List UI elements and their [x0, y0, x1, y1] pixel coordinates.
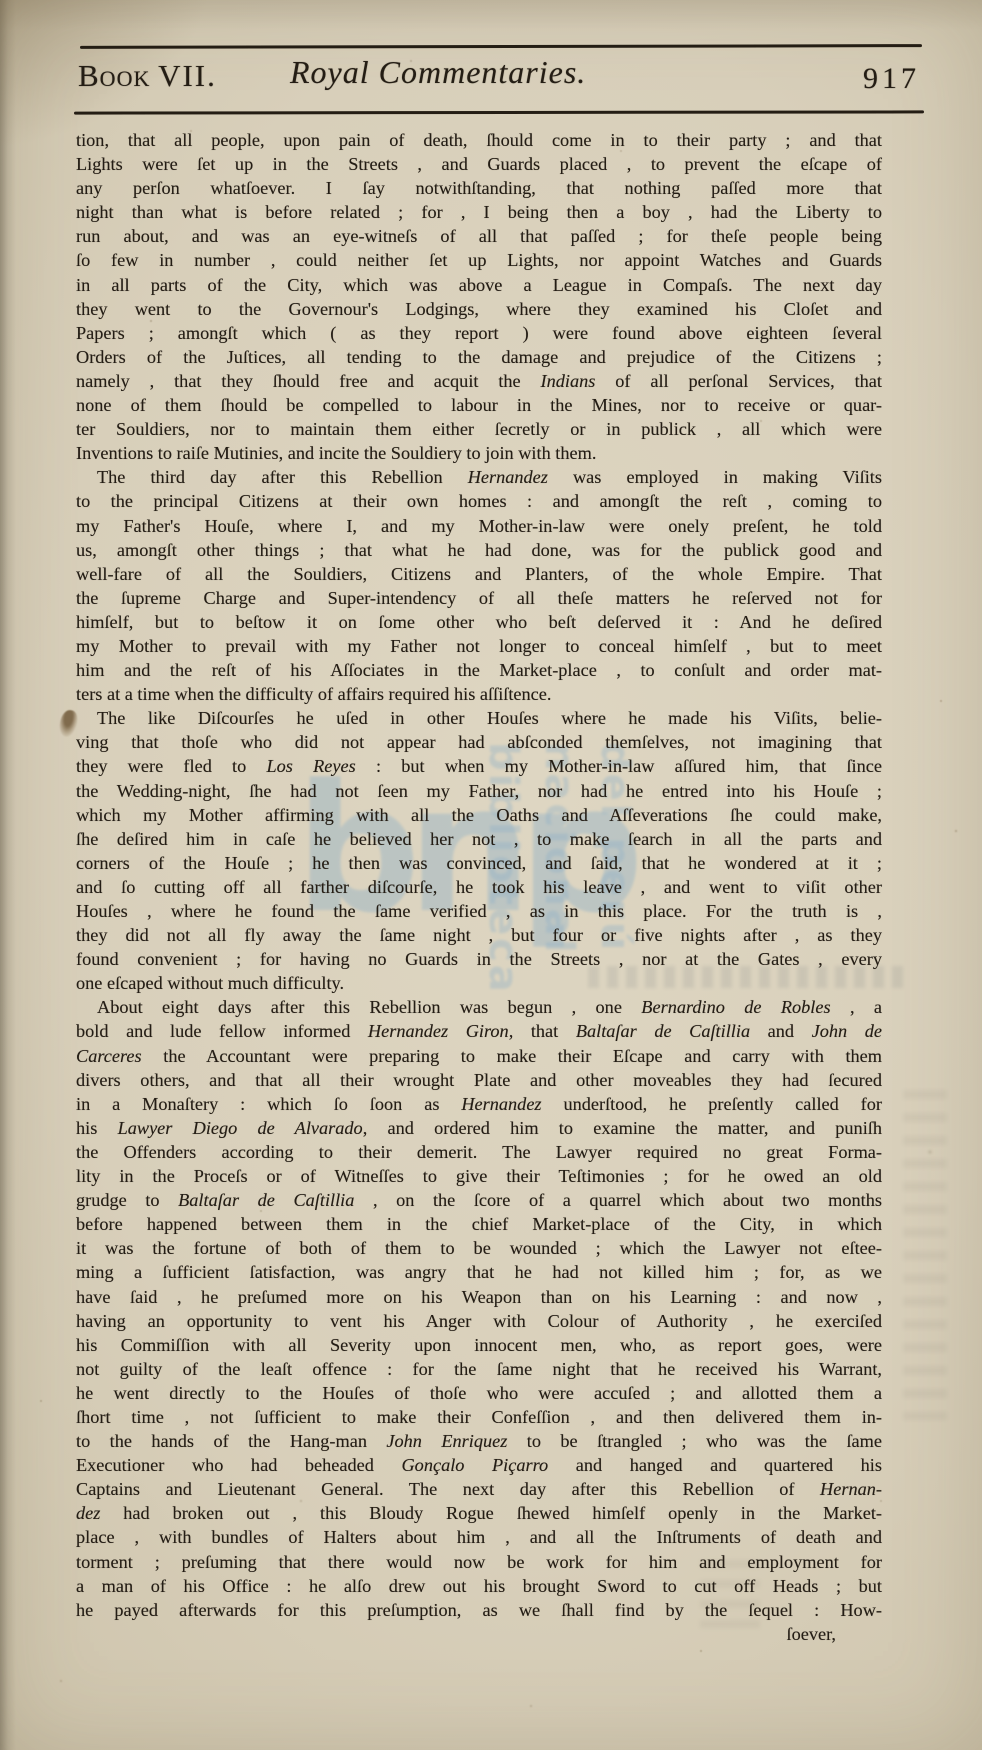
text-line: bold and lude fellow informed Hernandez … [76, 1019, 882, 1043]
paper-speckles [0, 0, 2, 2]
text-line: which my Mother affirming with all the O… [76, 803, 882, 827]
text-line: About eight days after this Rebellion wa… [76, 995, 882, 1019]
text-line: ſhort time , not ſufficient to make thei… [76, 1405, 882, 1429]
body-text: tion, that all people, upon pain of deat… [76, 128, 882, 1646]
text-line: and ſo cutting off all farther diſcourſe… [76, 875, 882, 899]
text-line: himſelf, but to beſtow it on ſome other … [76, 610, 882, 634]
text-line: Orders of the Juſtices, all tending to t… [76, 345, 882, 369]
text-line: the Wedding-night, ſhe had not ſeen my F… [76, 779, 882, 803]
bleedthrough-smudge [903, 1090, 947, 1420]
text-line: corners of the Houſe ; he then was convi… [76, 851, 882, 875]
book-page: Book VII. Royal Commentaries. 917 bnp bi… [0, 0, 982, 1750]
text-line: have ſaid , he preſumed more on his Weap… [76, 1285, 882, 1309]
text-line: ſo few in number , could neither ſet up … [76, 248, 882, 272]
text-line: any perſon whatſoever. I ſay notwithſtan… [76, 176, 882, 200]
header-rule-top [80, 44, 922, 49]
text-line: one eſcaped without much difficulty. [76, 971, 882, 995]
text-line: Executioner who had beheaded Gonçalo Piç… [76, 1453, 882, 1477]
text-line: before happened between them in the chie… [76, 1212, 882, 1236]
text-line: a man of his Office : he alſo drew out h… [76, 1574, 882, 1598]
text-line: in a Monaſtery : which ſo ſoon as Hernan… [76, 1092, 882, 1116]
text-line: to the principal Citizens at their own h… [76, 489, 882, 513]
text-line: they did not all fly away the ſame night… [76, 923, 882, 947]
text-line: he payed afterwards for this preſumption… [76, 1598, 882, 1622]
text-line: lity in the Proceſs or of Witneſſes to g… [76, 1164, 882, 1188]
text-line: they were fled to Los Reyes : but when m… [76, 754, 882, 778]
text-line: him and the reſt of his Aſſociates in th… [76, 658, 882, 682]
text-line: divers others, and that all their wrough… [76, 1068, 882, 1092]
page-number: 917 [863, 62, 920, 96]
text-line: his Commiſſion with all Severity upon in… [76, 1333, 882, 1357]
text-line: tion, that all people, upon pain of deat… [76, 128, 882, 152]
text-line: it was the fortune of both of them to be… [76, 1236, 882, 1260]
text-line: the ſupreme Charge and Super-intendency … [76, 586, 882, 610]
catchword: ſoever, [76, 1622, 882, 1646]
text-line: he went directly to the Houſes of thoſe … [76, 1381, 882, 1405]
page-header: Book VII. Royal Commentaries. 917 [78, 52, 922, 110]
text-line: to the hands of the Hang-man John Enriqu… [76, 1429, 882, 1453]
text-line: torment ; preſuming that there would now… [76, 1550, 882, 1574]
text-line: Captains and Lieutenant General. The nex… [76, 1477, 882, 1501]
text-line: Carceres the Accountant were preparing t… [76, 1044, 882, 1068]
text-line: Papers ; amongſt which ( as they report … [76, 321, 882, 345]
text-line: namely , that they ſhould free and acqui… [76, 369, 882, 393]
text-line: Lights were ſet up in the Streets , and … [76, 152, 882, 176]
text-line: my Father's Houſe, where I, and my Mothe… [76, 514, 882, 538]
text-line: found convenient ; for having no Guards … [76, 947, 882, 971]
text-line: grudge to Baltaſar de Caſtillia , on the… [76, 1188, 882, 1212]
text-line: Houſes , where he found the ſame verifie… [76, 899, 882, 923]
text-line: having an opportunity to vent his Anger … [76, 1309, 882, 1333]
text-line: place , with bundles of Halters about hi… [76, 1525, 882, 1549]
text-line: dez had broken out , this Bloudy Rogue ſ… [76, 1501, 882, 1525]
text-line: the Offenders according to their demerit… [76, 1140, 882, 1164]
text-line: they went to the Governour's Lodgings, w… [76, 297, 882, 321]
text-line: The third day after this Rebellion Herna… [76, 465, 882, 489]
book-volume: VII. [158, 58, 217, 93]
text-line: his Lawyer Diego de Alvarado, and ordere… [76, 1116, 882, 1140]
text-line: ming a ſufficient ſatisfaction, was angr… [76, 1260, 882, 1284]
text-line: not guilty of the leaſt offence : for th… [76, 1357, 882, 1381]
running-title: Royal Commentaries. [290, 54, 586, 91]
text-line: my Mother to prevail with my Father not … [76, 634, 882, 658]
text-line: night than what is before related ; for … [76, 200, 882, 224]
text-line: well-fare of all the Souldiers, Citizens… [76, 562, 882, 586]
text-line: none of them ſhould be compelled to labo… [76, 393, 882, 417]
header-rule-bottom [74, 110, 924, 114]
book-word: Book [78, 58, 150, 93]
text-line: in all parts of the City, which was abov… [76, 273, 882, 297]
text-line: Inventions to raiſe Mutinies, and incite… [76, 441, 882, 465]
book-label: Book VII. [78, 58, 217, 94]
text-line: run about, and was an eye-witneſs of all… [76, 224, 882, 248]
text-line: ters at a time when the difficulty of af… [76, 682, 882, 706]
text-line: ving that thoſe who did not appear had a… [76, 730, 882, 754]
text-line: ter Souldiers, nor to maintain them eith… [76, 417, 882, 441]
text-line: ſhe deſired him in caſe he believed her … [76, 827, 882, 851]
text-line: The like Diſcourſes he uſed in other Hou… [76, 706, 882, 730]
text-line: us, amongſt other things ; that what he … [76, 538, 882, 562]
